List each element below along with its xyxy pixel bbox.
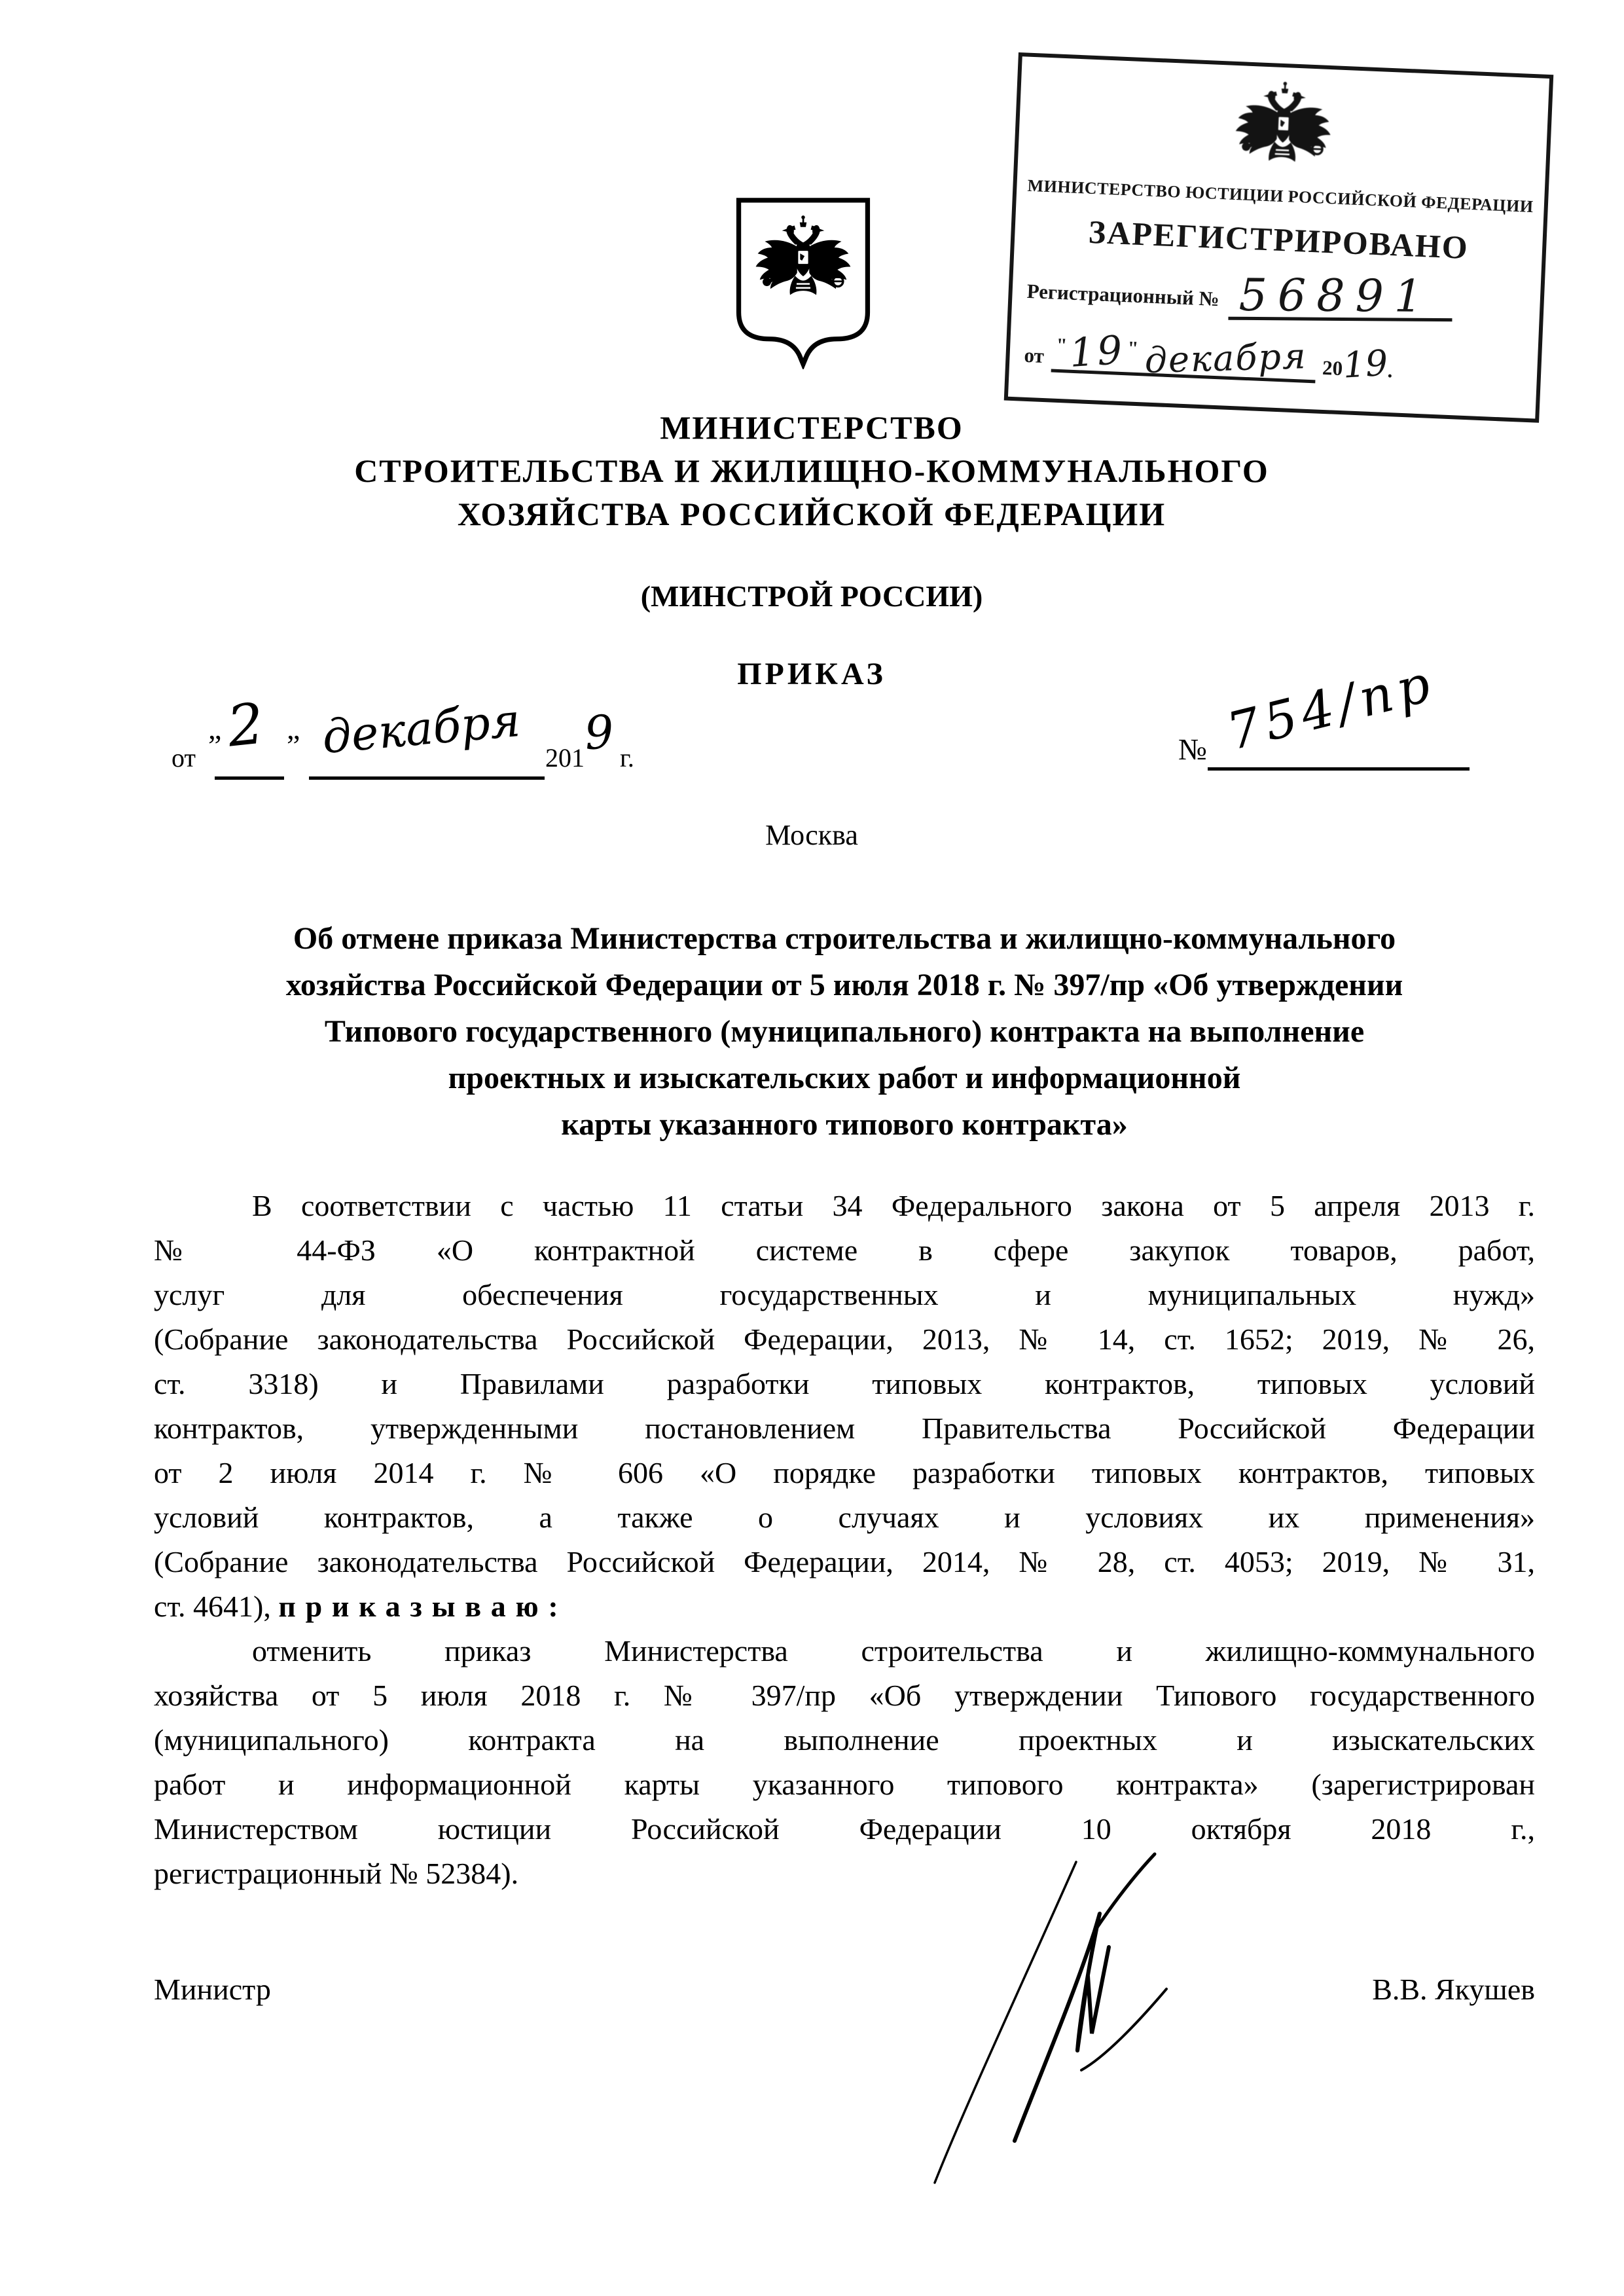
stamp-date-handwritten-group: " 19 " декабря xyxy=(1051,327,1317,384)
stamp-year-handwritten: 19 xyxy=(1342,342,1390,386)
body-line: условий контрактов, а также о случаях и … xyxy=(154,1495,1535,1540)
stamp-date-line: от " 19 " декабря 20 19 . xyxy=(1009,325,1538,393)
header-short-name: (МИНСТРОЙ РОССИИ) xyxy=(85,579,1538,613)
header-ministry-line-3: ХОЗЯЙСТВА РОССИЙСКОЙ ФЕДЕРАЦИИ xyxy=(85,492,1538,536)
date-month-underline xyxy=(309,776,545,780)
title-line: Об отмене приказа Министерства строитель… xyxy=(154,915,1535,962)
body-line: № 44-ФЗ «О контрактной системе в сфере з… xyxy=(154,1228,1535,1273)
stamp-registered-label: ЗАРЕГИСТРИРОВАНО xyxy=(1015,211,1543,268)
stamp-quote-close: " xyxy=(1127,337,1139,360)
body-line: от 2 июля 2014 г. № 606 «О порядке разра… xyxy=(154,1451,1535,1495)
prikazyvayu-keyword: приказываю: xyxy=(278,1590,568,1623)
date-day-underline xyxy=(215,776,284,780)
document-page: МИНИСТЕРСТВО ЮСТИЦИИ РОССИЙСКОЙ ФЕДЕРАЦИ… xyxy=(0,0,1624,2296)
document-title: Об отмене приказа Министерства строитель… xyxy=(154,915,1535,1148)
stamp-ministry-name: МИНИСТЕРСТВО ЮСТИЦИИ РОССИЙСКОЙ ФЕДЕРАЦИ… xyxy=(1017,175,1545,217)
body-line: работ и информационной карты указанного … xyxy=(154,1762,1535,1807)
body-line: (Собрание законодательства Российской Фе… xyxy=(154,1317,1535,1362)
document-city: Москва xyxy=(85,818,1538,852)
body-line: отменить приказ Министерства строительст… xyxy=(154,1629,1535,1673)
justice-registration-stamp: МИНИСТЕРСТВО ЮСТИЦИИ РОССИЙСКОЙ ФЕДЕРАЦИ… xyxy=(1004,52,1554,423)
body-line: (муниципального) контракта на выполнение… xyxy=(154,1718,1535,1762)
title-line: хозяйства Российской Федерации от 5 июля… xyxy=(154,962,1535,1008)
body-line-last: регистрационный № 52384). xyxy=(154,1851,1535,1896)
stamp-date-month-handwritten: декабря xyxy=(1144,335,1308,381)
doc-date-day-handwritten: 2 xyxy=(225,691,267,759)
doc-date-quote-open: ” xyxy=(208,728,221,763)
body-line: Министерством юстиции Российской Федерац… xyxy=(154,1807,1535,1851)
signatory-role: Министр xyxy=(154,1972,271,2007)
doc-date-year-printed: 201 xyxy=(545,742,585,773)
body-line: контрактов, утвержденными постановлением… xyxy=(154,1406,1535,1451)
stamp-year-printed: 20 xyxy=(1322,356,1343,380)
header-ministry-line-1: МИНИСТЕРСТВО xyxy=(85,406,1538,449)
body-line: услуг для обеспечения государственных и … xyxy=(154,1273,1535,1317)
doc-number-label: № xyxy=(1178,732,1207,767)
body-line: хозяйства от 5 июля 2018 г. № 397/пр «Об… xyxy=(154,1673,1535,1718)
stamp-reg-number-label: Регистрационный № xyxy=(1026,280,1219,311)
header-ministry-line-2: СТРОИТЕЛЬСТВА И ЖИЛИЩНО-КОММУНАЛЬНОГО xyxy=(85,449,1538,492)
doc-date-year-handwritten: 9 xyxy=(583,705,615,761)
signatory-name: В.В. Якушев xyxy=(1372,1972,1535,2007)
stamp-date-prefix: от xyxy=(1024,344,1045,368)
stamp-date-day-handwritten: 19 xyxy=(1068,327,1127,376)
stamp-quote-open: " xyxy=(1056,335,1068,357)
body-tail-text: ст. 4641), xyxy=(154,1590,278,1623)
stamp-eagle-icon xyxy=(1222,78,1344,179)
doc-date-quote-close: ” xyxy=(287,728,300,763)
body-line: (Собрание законодательства Российской Фе… xyxy=(154,1540,1535,1584)
doc-date-year-suffix: г. xyxy=(620,742,634,773)
header-ministry-name: МИНИСТЕРСТВО СТРОИТЕЛЬСТВА И ЖИЛИЩНО-КОМ… xyxy=(85,406,1538,536)
stamp-registration-line: Регистрационный № 56891 xyxy=(1012,263,1541,329)
document-body: В соответствии с частью 11 статьи 34 Фед… xyxy=(154,1184,1535,1896)
title-line: карты указанного типового контракта» xyxy=(154,1101,1535,1148)
doc-date-prefix: от xyxy=(171,742,196,773)
body-line: ст. 3318) и Правилами разработки типовых… xyxy=(154,1362,1535,1406)
stamp-reg-number-handwritten: 56891 xyxy=(1229,276,1453,321)
title-line: проектных и изыскательских работ и инфор… xyxy=(154,1055,1535,1101)
signature-row: Министр В.В. Якушев xyxy=(154,1972,1535,2007)
doc-number-underline xyxy=(1208,767,1470,771)
minister-signature xyxy=(922,1848,1177,2188)
coat-of-arms xyxy=(733,194,873,369)
title-line: Типового государственного (муниципальног… xyxy=(154,1008,1535,1055)
body-line: В соответствии с частью 11 статьи 34 Фед… xyxy=(154,1184,1535,1228)
coat-of-arms-shield xyxy=(733,194,873,369)
body-line-keyword: ст. 4641), приказываю: xyxy=(154,1584,1535,1629)
doc-date-month-handwritten: декабря xyxy=(320,693,522,764)
